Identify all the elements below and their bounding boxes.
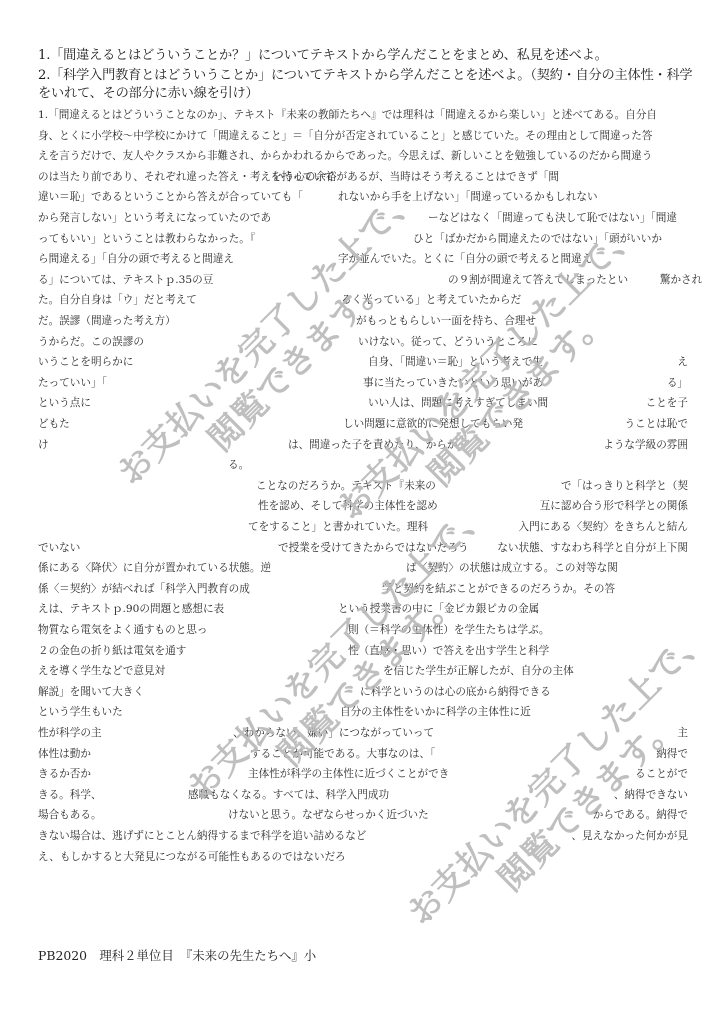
essay-line: きる。科学、感職もなくなる。すべては、科学入門成功、納得できない (38, 786, 688, 804)
essay-line: から発言しない」という考えになっていたのであーなどはなく「間違っても決して恥では… (38, 209, 688, 227)
line-right-fragment: てをすること」と書かれていた。理科 (248, 518, 428, 536)
line-left-fragment: から発言しない」という考えになっていたのであ (38, 209, 271, 227)
line-left-fragment: え、もしかすると大発見につながる可能性もあるのではないだろ (38, 848, 346, 866)
line-right-fragment: することが可能である。大事なのは、「 (250, 745, 435, 763)
line-tail-fragment: うことは恥で (624, 415, 688, 433)
line-right-fragment: ひと「ばかだから間違えたのではない」「頭がいいか (413, 230, 662, 248)
essay-line: のは当たり前であり、それぞれ違った答え・考えを持っていていう心の余裕があるが、当… (38, 168, 688, 186)
line-left-fragment: という点に (38, 394, 91, 412)
line-right-fragment: ーなどはなく「間違っても決して恥ではない」「間違 (428, 209, 677, 227)
essay-line: だ。誤謬（間違った考え方）がもっともらしい一面を持ち、合理せ (38, 312, 688, 330)
question-1: 1.「間違えるとはどういうことか？」についてテキストから学んだことをまとめ、私見… (38, 48, 608, 64)
essay-line: という点にいい人は、問題に考えすぎてしまい間ことを子 (38, 394, 688, 412)
line-right-fragment: ことなのだろうか。テキスト『未来の (256, 477, 436, 495)
line-right-fragment: に科学というのは心の底から納得できる (360, 683, 551, 701)
line-left-fragment: 1.「間違えるとはどういうことなのか」、テキスト『未来の教師たちへ』では理科は「… (38, 106, 657, 124)
essay-line: 性が科学の主、わからない、嫌い」につながっていって主 (38, 724, 688, 742)
line-left-fragment: うからだ。この誤謬の (38, 333, 144, 351)
line-right-fragment: 字が並んでいた。とくに「自分の頭で考えると間違え (338, 250, 592, 268)
essay-line: きるか否か主体性が科学の主体性に近づくことができることがで (38, 765, 688, 783)
line-left-fragment: という学生もいた (38, 703, 123, 721)
line-left-fragment: どもた (38, 415, 70, 433)
line-left-fragment: 体性は動か (38, 745, 91, 763)
line-right-fragment: けないと思う。なぜならせっかく近づいた (228, 806, 429, 824)
line-left-fragment: た。自分自身は「ウ」だと考えて (38, 291, 197, 309)
line-left-fragment: 解説」を聞いて大きく (38, 683, 144, 701)
line-left-fragment: でいない (38, 539, 80, 557)
line-left-fragment: ってもいい」ということは教わらなかった。『 (38, 230, 255, 248)
line-left-fragment: 係〈＝契約〉が結べれば「科学入門教育の成 (38, 580, 250, 598)
line-left-fragment: 身、とくに小学校～中学校にかけて「間違えること」＝「自分が否定されていること」と… (38, 127, 652, 145)
essay-line: えを言うだけで、友人やクラスから非難され、からかわれるからであった。今思えば、新… (38, 147, 688, 165)
essay-line: ってもいい」ということは教わらなかった。『ひと「ばかだから間違えたのではない」「… (38, 230, 688, 248)
line-left-fragment: えを導く学生などで意見対 (38, 662, 165, 680)
line-right-fragment: 学と契約を結ぶことができるのだろうか。その答 (382, 580, 615, 598)
line-left-fragment: だ。誤謬（間違った考え方） (38, 312, 176, 330)
essay-line: という学生もいた自分の主体性をいかに科学の主体性に近 (38, 703, 688, 721)
essay-line: 1.「間違えるとはどういうことなのか」、テキスト『未来の教師たちへ』では理科は「… (38, 106, 688, 124)
footer-title: PB2020 理科２単位目 『未来の先生たちへ』小 (38, 946, 316, 964)
line-right-fragment: いい人は、問題に考えすぎてしまい間 (368, 394, 548, 412)
line-right-fragment: 、わからない、嫌い」につながっていって (233, 724, 434, 742)
line-tail-fragment: 、見えなかった何かが見 (571, 827, 688, 845)
essay-line: ことなのだろうか。テキスト『未来ので「はっきりと科学と（契 (38, 477, 688, 495)
line-left-fragment: け (38, 436, 49, 454)
line-tail-fragment: ことを子 (646, 394, 688, 412)
line-left-fragment: 係にある〈降伏〉に自分が置かれている状態。逆 (38, 559, 271, 577)
document-page: 1.「間違えるとはどういうことか？」についてテキストから学んだことをまとめ、私見… (0, 0, 724, 1024)
line-tail-fragment: 互に認め合う形で科学との関係 (540, 497, 688, 515)
essay-line: ２の金色の折り紙は電気を通す性（直感・思い）で答えを出す学生と科学 (38, 642, 688, 660)
line-left-fragment: 物質なら電気をよく通すものと思っ (38, 621, 208, 639)
line-left-fragment: ２の金色の折り紙は電気を通す (38, 642, 186, 660)
line-tail-fragment: 納得で (656, 745, 688, 763)
line-left-fragment: ら間違える」「自分の頭で考えると間違え (38, 250, 234, 268)
essay-line: 係にある〈降伏〉に自分が置かれている状態。逆ば〈契約〉の状態は成立する。この対等… (38, 559, 688, 577)
line-right-fragment: を信じた学生が正解したが、自分の主体 (383, 662, 574, 680)
essay-line: 身、とくに小学校～中学校にかけて「間違えること」＝「自分が否定されていること」と… (38, 127, 688, 145)
line-right-fragment: は、間違った子を責めたり、からか (288, 436, 458, 454)
line-right-fragment: ば〈契約〉の状態は成立する。この対等な関 (406, 559, 618, 577)
line-left-fragment: えは、テキストｐ.90の問題と感想に表 (38, 600, 224, 618)
line-left-fragment: えを言うだけで、友人やクラスから非難され、からかわれるからであった。今思えば、新… (38, 147, 652, 165)
line-right-fragment: の９割が間違えて答えてしまったとい 驚かされ (448, 271, 702, 289)
line-right-fragment: しい問題に意欲的に発想してもらい発 (343, 415, 523, 433)
line-right-fragment: 性（直感・思い）で答えを出す学生と科学 (348, 642, 549, 660)
line-right-fragment: 性を認め、そして科学の主体性を認め (258, 497, 438, 515)
essay-line: 解説」を聞いて大きくに科学というのは心の底から納得できる (38, 683, 688, 701)
line-tail-fragment: 、納得できない (614, 786, 688, 804)
line-left-fragment: きない場合は、逃げずにとことん納得するまで科学を追い詰めるなど (38, 827, 366, 845)
line-tail-fragment: 主 (677, 724, 688, 742)
essay-line: る。 (38, 456, 688, 474)
line-tail-fragment: 入門にある〈契約〉をきちんと結ん (519, 518, 689, 536)
line-right-fragment: るく光っている」と考えていたからだ (341, 291, 521, 309)
essay-line: いうことを明らかに自身、「間違い＝恥」という考えで生え (38, 353, 688, 371)
essay-line: 体性は動かすることが可能である。大事なのは、「納得で (38, 745, 688, 763)
line-left-fragment: いうことを明らかに (38, 353, 133, 371)
line-tail-fragment: からである。納得で (593, 806, 688, 824)
essay-line: けは、間違った子を責めたり、からかような学級の雰囲 (38, 436, 688, 454)
essay-line: 場合もある。けないと思う。なぜならせっかく近づいたからである。納得で (38, 806, 688, 824)
essay-line: きない場合は、逃げずにとことん納得するまで科学を追い詰めるなど、見えなかった何か… (38, 827, 688, 845)
line-right-fragment: 主体性が科学の主体性に近づくことができ (248, 765, 449, 783)
line-tail-fragment: ることがで (635, 765, 688, 783)
essay-line: えを導く学生などで意見対を信じた学生が正解したが、自分の主体 (38, 662, 688, 680)
essay-line: 係〈＝契約〉が結べれば「科学入門教育の成学と契約を結ぶことができるのだろうか。そ… (38, 580, 688, 598)
line-right-fragment: という授業書の中に「金ピカ銀ピカの金属 (338, 600, 539, 618)
line-tail-fragment: る」 (667, 374, 688, 392)
line-left-fragment: きる。科学、 (38, 786, 102, 804)
line-right-fragment: れないから手を上げない」「間違っているかもしれない (338, 188, 598, 206)
essay-line: たっていい」「事に当たっていきたいという思いがある」 (38, 374, 688, 392)
essay-line: えは、テキストｐ.90の問題と感想に表という授業書の中に「金ピカ銀ピカの金属 (38, 600, 688, 618)
essay-line: る」については、テキストｐ.35の豆の９割が間違えて答えてしまったとい 驚かされ (38, 271, 688, 289)
line-right-fragment: 則（＝科学の主体性）を学生たちは学ぶ。 (348, 621, 550, 639)
line-right-fragment: いけない。従って、どういうところに (358, 333, 538, 351)
line-right-fragment: がもっともらしい一面を持ち、合理せ (356, 312, 536, 330)
essay-line: え、もしかすると大発見につながる可能性もあるのではないだろ (38, 848, 688, 866)
essay-line: た。自分自身は「ウ」だと考えてるく光っている」と考えていたからだ (38, 291, 688, 309)
essay-line: うからだ。この誤謬のいけない。従って、どういうところに (38, 333, 688, 351)
line-left-fragment: たっていい」「 (38, 374, 107, 392)
question-2: 2.「科学入門教育とはどういうことか」についてテキストから学んだことを述べよ。（… (38, 68, 692, 84)
line-left-fragment: きるか否か (38, 765, 91, 783)
essay-line: 物質なら電気をよく通すものと思っ則（＝科学の主体性）を学生たちは学ぶ。 (38, 621, 688, 639)
line-right-fragment: 感職もなくなる。すべては、科学入門成功 (188, 786, 389, 804)
line-right-fragment: 自身、「間違い＝恥」という考えで生 (368, 353, 543, 371)
line-tail-fragment: え (677, 353, 688, 371)
line-right-fragment: いう心の余裕があるが、当時はそう考えることはできず「間 (273, 168, 559, 186)
line-right-fragment: 自分の主体性をいかに科学の主体性に近 (340, 703, 531, 721)
line-left-fragment: 場合もある。 (38, 806, 102, 824)
question-2-continued: をいれて、その部分に赤い線を引け） (38, 86, 259, 102)
line-left-fragment: 違い＝恥」であるということから答えが合っていても「 (38, 188, 303, 206)
essay-line: ら間違える」「自分の頭で考えると間違え字が並んでいた。とくに「自分の頭で考えると… (38, 250, 688, 268)
essay-line: 違い＝恥」であるということから答えが合っていても「れないから手を上げない」「間違… (38, 188, 688, 206)
line-tail-fragment: で「はっきりと科学と（契 (561, 477, 688, 495)
line-tail-fragment: ような学級の雰囲 (603, 436, 688, 454)
line-right-fragment: る。 (228, 456, 249, 474)
essay-line: 性を認め、そして科学の主体性を認め互に認め合う形で科学との関係 (38, 497, 688, 515)
line-left-fragment: 性が科学の主 (38, 724, 102, 742)
essay-line: どもたしい問題に意欲的に発想してもらい発うことは恥で (38, 415, 688, 433)
line-tail-fragment: ない状態、すなわち科学と自分が上下関 (497, 539, 688, 557)
line-right-fragment: 事に当たっていきたいという思いがあ (363, 374, 543, 392)
line-left-fragment: る」については、テキストｐ.35の豆 (38, 271, 213, 289)
line-right-fragment: で授業を受けてきたからではないだろう (278, 539, 469, 557)
essay-line: てをすること」と書かれていた。理科入門にある〈契約〉をきちんと結ん (38, 518, 688, 536)
essay-line: でいないで授業を受けてきたからではないだろうない状態、すなわち科学と自分が上下関 (38, 539, 688, 557)
